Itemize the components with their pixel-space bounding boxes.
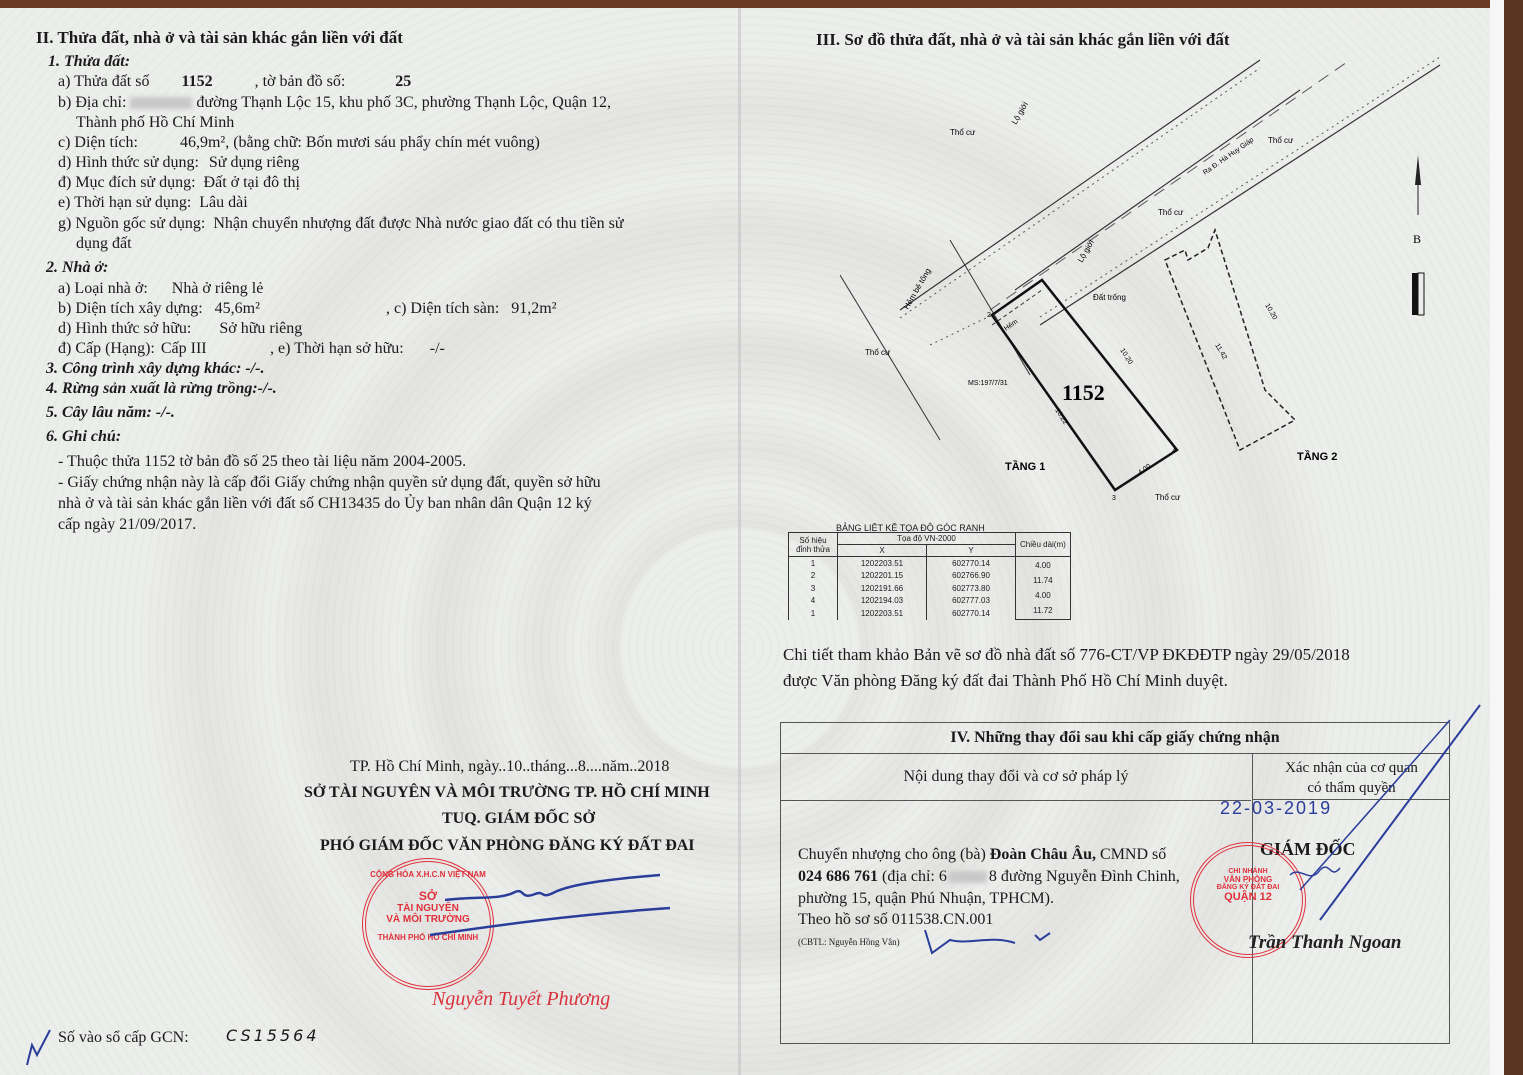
- house-type-label: a) Loại nhà ở:: [58, 280, 148, 297]
- address-row: b) Địa chỉ:đường Thạnh Lộc 15, khu phố 3…: [58, 93, 611, 113]
- land-heading: 1. Thửa đất:: [48, 52, 130, 72]
- parcel-label: a) Thửa đất số: [58, 73, 149, 90]
- svg-text:Đất trống: Đất trống: [1093, 293, 1126, 302]
- segment-length: 4.00: [1020, 588, 1066, 603]
- coord-cell-pt: 2: [789, 570, 838, 582]
- perennial: 5. Cây lâu năm: -/-.: [46, 403, 175, 423]
- svg-text:3: 3: [1112, 495, 1116, 502]
- ownership-value: Sở hữu riêng: [219, 320, 302, 337]
- svg-text:Thổ cư: Thổ cư: [1268, 136, 1294, 145]
- section-ii-title: II. Thửa đất, nhà ở và tài sản khác gắn …: [36, 28, 403, 48]
- coord-table: Số hiệu đỉnh thửa Tọa độ VN-2000 Chiều d…: [788, 532, 1071, 620]
- grade-label: đ) Cấp (Hạng):: [58, 340, 155, 357]
- address-city: Thành phố Hồ Chí Minh: [76, 113, 234, 133]
- page-edge: [1490, 0, 1504, 1075]
- col-y: Y: [927, 545, 1016, 557]
- svg-text:TẦNG 1: TẦNG 1: [1005, 460, 1045, 473]
- floor-area-value: 91,2m²: [511, 300, 556, 317]
- segment-length: 11.72: [1020, 603, 1066, 618]
- col-change-content: Nội dung thay đổi và cơ sở pháp lý: [781, 754, 1251, 801]
- note-line-2: - Giấy chứng nhận này là cấp đổi Giấy ch…: [58, 473, 601, 493]
- term-value: Lâu dài: [199, 194, 247, 211]
- note-line-3: nhà ở và tài sản khác gắn liền với đất s…: [58, 494, 592, 514]
- svg-text:Thổ cư: Thổ cư: [865, 348, 891, 357]
- svg-text:10.20: 10.20: [1263, 303, 1278, 322]
- segment-length: 4.00: [1020, 558, 1066, 573]
- use-form-label: d) Hình thức sử dụng:: [58, 154, 199, 171]
- svg-text:Thổ cư: Thổ cư: [1158, 208, 1184, 217]
- svg-text:Thổ cư: Thổ cư: [1140, 55, 1166, 57]
- svg-text:4: 4: [1172, 448, 1176, 455]
- initial-mark: [22, 1025, 52, 1070]
- entry-line-3: phường 15, quận Phú Nhuận, TPHCM).: [798, 889, 1054, 909]
- own-term-label: , e) Thời hạn sở hữu:: [270, 340, 404, 357]
- signer-position: PHÓ GIÁM ĐỐC VĂN PHÒNG ĐĂNG KÝ ĐẤT ĐAI: [320, 836, 695, 856]
- svg-text:B: B: [1413, 232, 1421, 246]
- area-value: 46,9m², (bằng chữ: Bốn mươi sáu phẩy chí…: [180, 134, 540, 151]
- coord-cell-x: 1202191.66: [838, 582, 927, 594]
- coord-cell-x: 1202194.03: [838, 595, 927, 607]
- reference-line-2: được Văn phòng Đăng ký đất đai Thành Phố…: [783, 671, 1228, 691]
- grade-value: Cấp III: [161, 340, 207, 357]
- background-surface: [1504, 0, 1523, 1075]
- term-row: e) Thời hạn sử dụng: Lâu dài: [58, 193, 248, 213]
- col-length: Chiều dài(m): [1016, 533, 1071, 557]
- parcel-number: 1152: [181, 73, 212, 90]
- house-type-value: Nhà ở riêng lẻ: [172, 280, 264, 297]
- entry-cbtl: (CBTL: Nguyễn Hồng Vân): [798, 932, 900, 952]
- ownership-label: d) Hình thức sở hữu:: [58, 320, 191, 337]
- area-row: c) Diện tích: 46,9m², (bằng chữ: Bốn mươ…: [58, 133, 540, 153]
- note-line-4: cấp ngày 21/09/2017.: [58, 515, 196, 535]
- grade-row: đ) Cấp (Hạng): Cấp III: [58, 339, 207, 359]
- coord-cell-pt: 1: [789, 607, 838, 620]
- redacted-address: [949, 871, 987, 883]
- svg-text:Thổ cư: Thổ cư: [950, 128, 976, 137]
- map-sheet-number: 25: [395, 73, 411, 90]
- director-name: Trần Thanh Ngoan: [1248, 932, 1401, 954]
- svg-text:Hẻm bê tông: Hẻm bê tông: [902, 267, 933, 311]
- build-area-label: b) Diện tích xây dựng:: [58, 300, 203, 317]
- notes-heading: 6. Ghi chú:: [46, 427, 121, 447]
- place-date: TP. Hồ Chí Minh, ngày..10..tháng...8....…: [350, 757, 669, 777]
- transferee-id: 024 686 761: [798, 868, 878, 885]
- floor-area-row: , c) Diện tích sàn: 91,2m²: [386, 299, 557, 319]
- section-iii-title: III. Sơ đồ thửa đất, nhà ở và tài sản kh…: [816, 30, 1230, 50]
- parcel-row: a) Thửa đất số 1152 , tờ bản đồ số: 25: [58, 72, 411, 92]
- coord-lengths: 4.0011.744.0011.72: [1016, 557, 1071, 620]
- col-point: Số hiệu đỉnh thửa: [789, 533, 838, 557]
- coord-cell-y: 602766.90: [927, 570, 1016, 582]
- origin-label: g) Nguồn gốc sử dụng:: [58, 215, 205, 232]
- entry-text: CMND số: [1100, 846, 1166, 863]
- col-coord: Tọa độ VN-2000: [838, 533, 1016, 545]
- svg-text:4.00: 4.00: [1137, 463, 1152, 477]
- coord-cell-y: 602777.03: [927, 595, 1016, 607]
- entry-text: 8 đường Nguyễn Đình Chinh,: [989, 868, 1180, 885]
- segment-length: 11.74: [1020, 573, 1066, 588]
- svg-text:Thổ cư: Thổ cư: [1155, 493, 1181, 502]
- coord-cell-pt: 4: [789, 595, 838, 607]
- address-label: b) Địa chỉ:: [58, 94, 126, 111]
- coord-row: 11202203.51602770.144.0011.744.0011.72: [789, 557, 1071, 570]
- house-type-row: a) Loại nhà ở: Nhà ở riêng lẻ: [58, 279, 263, 299]
- svg-text:Hẻm: Hẻm: [1003, 318, 1019, 332]
- other-works: 3. Công trình xây dựng khác: -/-.: [46, 359, 265, 379]
- purpose-value: Đất ở tại đô thị: [204, 174, 300, 191]
- entry-line-1: Chuyển nhượng cho ông (bà) Đoàn Châu Âu,…: [798, 845, 1166, 865]
- svg-text:11.42: 11.42: [1213, 343, 1228, 361]
- note-line-1: - Thuộc thửa 1152 tờ bản đồ số 25 theo t…: [58, 452, 466, 472]
- ownership-row: d) Hình thức sở hữu: Sở hữu riêng: [58, 319, 302, 339]
- use-form-row: d) Hình thức sử dụng: Sử dụng riêng: [58, 153, 299, 173]
- page-fold: [738, 8, 741, 1075]
- purpose-label: đ) Mục đích sử dụng:: [58, 174, 196, 191]
- parcel-diagram: 1152 Thổ cư Thổ cư Thổ cư Thổ cư Thổ cư …: [840, 55, 1440, 515]
- svg-text:10.20: 10.20: [1118, 347, 1133, 366]
- svg-text:1152: 1152: [1062, 380, 1105, 405]
- house-heading: 2. Nhà ở:: [46, 258, 108, 278]
- origin-value-cont: dụng đất: [76, 234, 132, 254]
- svg-text:2: 2: [987, 312, 991, 319]
- svg-text:MS:197/7/31: MS:197/7/31: [968, 380, 1008, 387]
- svg-text:Lộ giới: Lộ giới: [1076, 238, 1096, 264]
- clerk-signature: [920, 925, 1070, 960]
- own-term-value: -/-: [430, 340, 445, 357]
- entry-text: Chuyển nhượng cho ông (bà): [798, 846, 986, 863]
- col-x: X: [838, 545, 927, 557]
- forest: 4. Rừng sản xuất là rừng trồng:-/-.: [46, 379, 277, 399]
- redacted-house-number: [130, 97, 192, 109]
- coord-cell-pt: 3: [789, 582, 838, 594]
- floor-area-label: , c) Diện tích sàn:: [386, 300, 499, 317]
- reference-line-1: Chi tiết tham khảo Bản vẽ sơ đồ nhà đất …: [783, 645, 1350, 665]
- coord-cell-x: 1202201.15: [838, 570, 927, 582]
- own-term-row: , e) Thời hạn sở hữu: -/-: [270, 339, 445, 359]
- area-label: c) Diện tích:: [58, 134, 138, 151]
- registry-label: Số vào sổ cấp GCN:: [58, 1028, 189, 1048]
- signer-name: Nguyễn Tuyết Phương: [432, 988, 610, 1011]
- coord-cell-y: 602770.14: [927, 557, 1016, 570]
- coord-cell-pt: 1: [789, 557, 838, 570]
- build-area-value: 45,6m²: [215, 300, 260, 317]
- address-value: đường Thạnh Lộc 15, khu phố 3C, phường T…: [196, 94, 611, 111]
- entry-text: (địa chỉ: 6: [882, 868, 947, 885]
- svg-text:TẦNG 2: TẦNG 2: [1297, 450, 1337, 463]
- map-sheet-label: , tờ bản đồ số:: [255, 73, 346, 90]
- svg-text:10.22: 10.22: [1053, 407, 1068, 426]
- origin-row: g) Nguồn gốc sử dụng: Nhận chuyển nhượng…: [58, 214, 624, 234]
- coord-cell-x: 1202203.51: [838, 557, 927, 570]
- coord-cell-y: 602773.80: [927, 582, 1016, 594]
- entry-line-2: 024 686 761 (địa chỉ: 68 đường Nguyễn Đì…: [798, 867, 1180, 887]
- dept-name: SỞ TÀI NGUYÊN VÀ MÔI TRƯỜNG TP. HỒ CHÍ M…: [304, 783, 710, 803]
- svg-text:Lộ giới: Lộ giới: [1010, 100, 1030, 126]
- coord-cell-x: 1202203.51: [838, 607, 927, 620]
- transferee-name: Đoàn Châu Âu,: [990, 846, 1096, 863]
- on-behalf: TUQ. GIÁM ĐỐC SỞ: [442, 809, 595, 829]
- use-form-value: Sử dụng riêng: [209, 154, 299, 171]
- build-area-row: b) Diện tích xây dựng: 45,6m²: [58, 299, 260, 319]
- signature-scribble: [420, 870, 680, 940]
- term-label: e) Thời hạn sử dụng:: [58, 194, 191, 211]
- origin-value: Nhận chuyển nhượng đất được Nhà nước gia…: [213, 215, 623, 232]
- coord-cell-y: 602770.14: [927, 607, 1016, 620]
- purpose-row: đ) Mục đích sử dụng: Đất ở tại đô thị: [58, 173, 300, 193]
- registry-number: CS15564: [226, 1026, 320, 1046]
- director-signature: [1260, 700, 1490, 930]
